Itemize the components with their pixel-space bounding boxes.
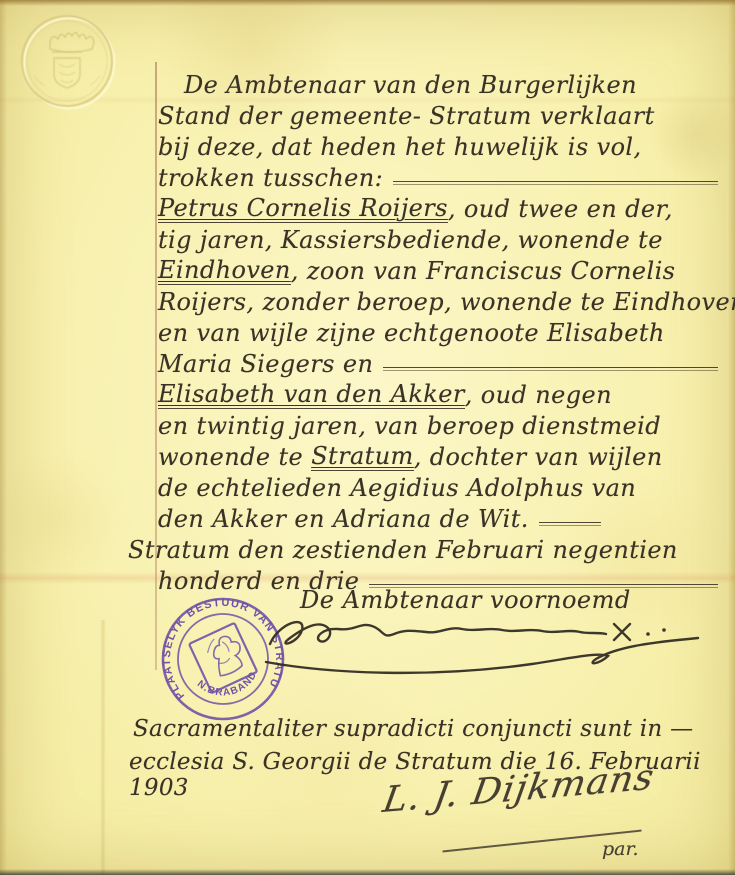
text-segment: Stand der gemeente- Stratum verklaart: [158, 102, 655, 130]
handwritten-line: Maria Siegers en: [158, 347, 718, 378]
handwritten-line: Eindhoven, zoon van Franciscus Cornelis: [158, 254, 718, 285]
scan-bottom-edge: [0, 869, 735, 875]
ink-fill-rule: [539, 522, 601, 526]
latin-note-line-1: Sacramentaliter supradicti conjuncti sun…: [133, 716, 693, 742]
scanned-document-page: De Ambtenaar van den BurgerlijkenStand d…: [0, 0, 735, 875]
margin-ruling-line: [155, 62, 157, 670]
underlined-name: Elisabeth van den Akker: [158, 380, 465, 409]
ink-fill-rule: [393, 181, 718, 185]
handwritten-line: Elisabeth van den Akker, oud negen: [158, 378, 718, 409]
embossed-seal: [10, 6, 124, 120]
pastor-signature-block: L. J. Dijkmans par.: [380, 780, 720, 875]
text-segment: Maria Siegers en: [158, 350, 373, 378]
underlined-name: Eindhoven: [158, 256, 291, 285]
pastor-title: par.: [602, 838, 639, 860]
text-segment: , zoon van Franciscus Cornelis: [291, 257, 676, 285]
text-segment: den Akker en Adriana de Wit.: [158, 505, 529, 533]
text-segment: Roijers, zonder beroep, wonende te Eindh…: [158, 288, 735, 316]
handwritten-line: Stand der gemeente- Stratum verklaart: [158, 99, 718, 130]
text-segment: bij deze, dat heden het huwelijk is vol,: [158, 133, 642, 161]
text-segment: , dochter van wijlen: [414, 443, 663, 471]
document-body: De Ambtenaar van den BurgerlijkenStand d…: [158, 68, 718, 595]
text-segment: , oud twee en der,: [448, 195, 673, 223]
text-segment: de echtelieden Aegidius Adolphus van: [158, 474, 636, 502]
text-segment: wonende te: [158, 443, 311, 471]
handwritten-line: en van wijle zijne echtgenoote Elisabeth: [158, 316, 718, 347]
paper-edge-shadow: [0, 0, 7, 875]
official-signature: [262, 598, 710, 700]
text-segment: Stratum den zestienden Februari negentie…: [128, 536, 678, 564]
handwritten-line: en twintig jaren, van beroep dienstmeid: [158, 409, 718, 440]
handwritten-line: bij deze, dat heden het huwelijk is vol,: [158, 130, 718, 161]
text-segment: en van wijle zijne echtgenoote Elisabeth: [158, 319, 665, 347]
handwritten-line: tig jaren, Kassiersbediende, wonende te: [158, 223, 718, 254]
text-segment: trokken tusschen:: [158, 164, 383, 192]
text-segment: , oud negen: [465, 381, 612, 409]
underlined-name: Petrus Cornelis Roijers: [158, 194, 448, 223]
text-segment: tig jaren, Kassiersbediende, wonende te: [158, 226, 663, 254]
ink-fill-rule: [383, 367, 718, 371]
underlined-name: Stratum: [311, 442, 414, 471]
handwritten-line: Stratum den zestienden Februari negentie…: [128, 533, 718, 564]
handwritten-line: den Akker en Adriana de Wit.: [158, 502, 718, 533]
handwritten-line: de echtelieden Aegidius Adolphus van: [158, 471, 718, 502]
handwritten-line: Roijers, zonder beroep, wonende te Eindh…: [158, 285, 718, 316]
handwritten-line: trokken tusschen:: [158, 161, 718, 192]
text-segment: en twintig jaren, van beroep dienstmeid: [158, 412, 661, 440]
paper-crease: [100, 620, 106, 875]
handwritten-line: wonende te Stratum, dochter van wijlen: [158, 440, 718, 471]
paper-edge-shadow: [728, 0, 735, 875]
handwritten-line: De Ambtenaar van den Burgerlijken: [158, 68, 718, 99]
text-segment: De Ambtenaar van den Burgerlijken: [184, 71, 637, 99]
handwritten-line: Petrus Cornelis Roijers, oud twee en der…: [158, 192, 718, 223]
